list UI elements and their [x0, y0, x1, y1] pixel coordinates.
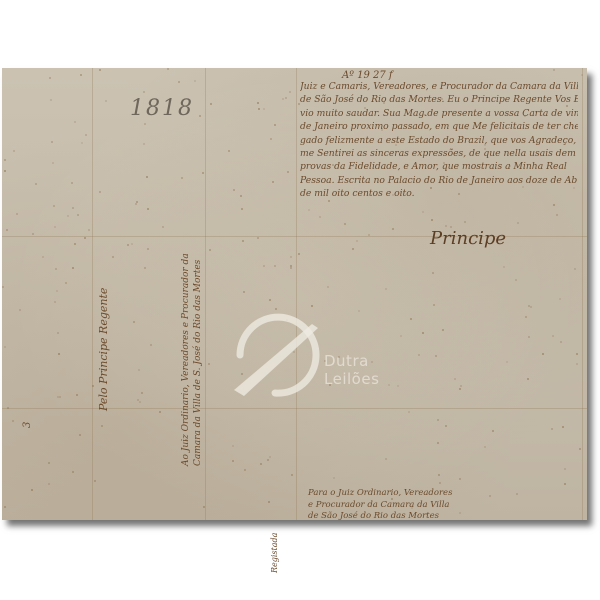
- vertical-recipient: Ao Juiz Ordinario, Vereadores e Procurad…: [180, 253, 204, 466]
- watermark-brand-sub: Leilões: [324, 370, 379, 388]
- address-line: Para o Juiz Ordinario, Vereadores: [308, 488, 468, 500]
- dutra-logo-icon: [220, 300, 330, 410]
- watermark-brand: Dutra: [324, 352, 379, 370]
- letter-line: provas da Fidelidade, e Amor, que mostra…: [300, 160, 578, 173]
- year-annotation: 1818: [130, 96, 194, 121]
- address-line: de São José do Rio das Mortes: [308, 511, 468, 523]
- fold-line: [92, 68, 93, 520]
- letter-line: de Janeiro proximo passado, em que Me fe…: [300, 120, 578, 133]
- letter-line: vio muito saudar. Sua Mag.de presente a …: [300, 107, 578, 120]
- margin-mark: 3: [22, 422, 33, 428]
- letter-line: Pessoa. Escrita no Palacio do Rio de Jan…: [300, 174, 578, 187]
- fold-line: [205, 68, 206, 520]
- fold-line: [582, 68, 583, 520]
- side-note: Registada: [270, 533, 279, 573]
- letter-body: Juiz e Camaris, Vereadores, e Procurador…: [300, 80, 578, 201]
- historical-letter-document: 1818 Aº 19 27 f Juiz e Camaris, Vereador…: [2, 68, 587, 520]
- letter-line: de mil oito centos e oito.: [300, 187, 578, 200]
- vertical-sender: Pelo Principe Regente: [97, 288, 110, 411]
- address-block: Para o Juiz Ordinario, Vereadores e Proc…: [308, 488, 468, 523]
- letter-line: me Sentirei as sinceras expressões, de q…: [300, 147, 578, 160]
- recipient-line: Ao Juiz Ordinario, Vereadores e Procurad…: [180, 253, 192, 466]
- recipient-line: Camara da Villa de S. José do Rio das Mo…: [192, 253, 204, 466]
- signature: Principe: [430, 228, 506, 249]
- letter-line: de São José do Rio das Mortes. Eu o Prin…: [300, 93, 578, 106]
- letter-line: gado felizmente a este Estado do Brazil,…: [300, 134, 578, 147]
- letter-line: Juiz e Camaris, Vereadores, e Procurador…: [300, 80, 578, 93]
- address-line: e Procurador da Camara da Villa: [308, 500, 468, 512]
- watermark-text: Dutra Leilões: [324, 352, 379, 388]
- fold-line: [296, 68, 297, 520]
